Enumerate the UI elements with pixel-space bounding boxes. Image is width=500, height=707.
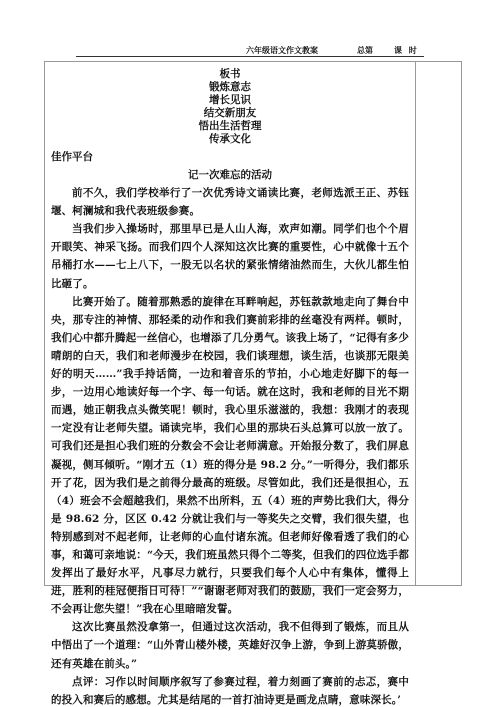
blackboard-outline: 板书 锻炼意志 增长见识 结交新朋友 悟出生活哲理 传承文化 bbox=[51, 68, 409, 146]
section-label: 佳作平台 bbox=[51, 148, 409, 166]
board-item: 悟出生活哲理 bbox=[51, 120, 409, 133]
essay-paragraph: 比赛开始了。随着那熟悉的旋律在耳畔响起，苏钰款款地走向了舞台中央，那专注的神情、… bbox=[51, 293, 409, 619]
essay-title: 记一次难忘的活动 bbox=[51, 167, 409, 184]
column-divider bbox=[415, 62, 416, 585]
total-lesson-label: 总第 bbox=[357, 45, 373, 56]
board-item: 传承文化 bbox=[51, 133, 409, 146]
essay-paragraph: 前不久，我们学校举行了一次优秀诗文诵读比赛，老师选派王正、苏钰堰、柯澜城和我代表… bbox=[51, 184, 409, 220]
document-title: 六年级语文作文教案 bbox=[246, 45, 318, 56]
commentary-paragraph: 点评：习作以时间顺序叙写了参赛过程，着力刻画了赛前的忐忑，赛中的投入和赛后的感想… bbox=[51, 673, 409, 707]
page-header: 六年级语文作文教案 总第 课 时 bbox=[76, 44, 424, 57]
main-cell: 板书 锻炼意志 增长见识 结交新朋友 悟出生活哲理 传承文化 佳作平台 记一次难… bbox=[51, 68, 409, 707]
lesson-hours-label: 课 时 bbox=[394, 45, 419, 56]
essay-paragraph: 当我们步入操场时，那里早已是人山人海，欢声如潮。同学们也个个眉开眼笑、神采飞扬。… bbox=[51, 220, 409, 292]
board-item: 结交新朋友 bbox=[51, 107, 409, 120]
essay-paragraph: 这次比赛虽然没拿第一，但通过这次活动，我不但得到了锻炼，而且从中悟出了一个道理：… bbox=[51, 618, 409, 672]
board-item: 锻炼意志 bbox=[51, 81, 409, 94]
board-item: 增长见识 bbox=[51, 94, 409, 107]
lesson-plan-table: 板书 锻炼意志 增长见识 结交新朋友 悟出生活哲理 传承文化 佳作平台 记一次难… bbox=[44, 61, 462, 586]
board-heading: 板书 bbox=[51, 68, 409, 81]
